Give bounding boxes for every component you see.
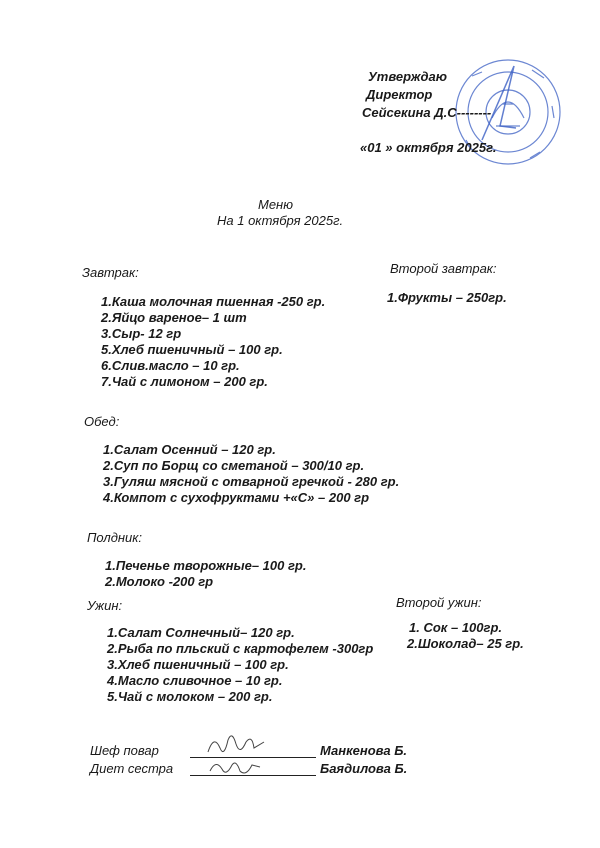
- lunch-heading: Обед:: [84, 413, 119, 430]
- second-breakfast-heading: Второй завтрак:: [390, 260, 497, 277]
- signature-scribble-chef: [204, 730, 274, 760]
- list-item: 7.Чай с лимоном – 200 гр.: [101, 373, 268, 390]
- list-item: 3.Хлеб пшеничный – 100 гр.: [107, 656, 289, 673]
- list-item: 1. Сок – 100гр.: [409, 619, 502, 636]
- signature-name-chef: Манкенова Б.: [320, 742, 407, 759]
- list-item: 2.Яйцо вареное– 1 шт: [101, 309, 247, 326]
- list-item: 2.Суп по Борщ со сметаной – 300/10 гр.: [103, 457, 364, 474]
- list-item: 6.Слив.масло – 10 гр.: [101, 357, 240, 374]
- menu-title: Меню: [258, 196, 293, 213]
- signature-role-nurse: Диет сестра: [90, 760, 173, 777]
- list-item: 4.Масло сливочное – 10 гр.: [107, 672, 282, 689]
- approval-date: «01 » октября 2025г.: [360, 139, 496, 156]
- list-item: 1.Фрукты – 250гр.: [387, 289, 507, 306]
- approval-approve: Утверждаю: [368, 68, 447, 85]
- list-item: 2.Рыба по пльский с картофелем -300гр: [107, 640, 373, 657]
- list-item: 4.Компот с сухофруктами +«С» – 200 гр: [103, 489, 369, 506]
- list-item: 5.Чай с молоком – 200 гр.: [107, 688, 272, 705]
- breakfast-heading: Завтрак:: [82, 264, 139, 281]
- list-item: 1.Печенье творожные– 100 гр.: [105, 557, 306, 574]
- list-item: 3.Сыр- 12 гр: [101, 325, 181, 342]
- menu-date: На 1 октября 2025г.: [217, 212, 343, 229]
- list-item: 2.Молоко -200 гр: [105, 573, 213, 590]
- second-dinner-heading: Второй ужин:: [396, 594, 481, 611]
- list-item: 1.Салат Осенний – 120 гр.: [103, 441, 276, 458]
- signature-role-chef: Шеф повар: [90, 742, 159, 759]
- list-item: 1.Каша молочная пшенная -250 гр.: [101, 293, 325, 310]
- signature-name-nurse: Баядилова Б.: [320, 760, 407, 777]
- list-item: 5.Хлеб пшеничный – 100 гр.: [101, 341, 283, 358]
- list-item: 1.Салат Солнечный– 120 гр.: [107, 624, 295, 641]
- approval-position: Директор: [366, 86, 432, 103]
- dinner-heading: Ужин:: [87, 597, 122, 614]
- list-item: 3.Гуляш мясной с отварной гречкой - 280 …: [103, 473, 399, 490]
- approval-name: Сейсекина Д.С--------: [362, 104, 491, 121]
- list-item: 2.Шоколад– 25 гр.: [407, 635, 524, 652]
- signature-scribble-nurse: [206, 757, 266, 779]
- snack-heading: Полдник:: [87, 529, 142, 546]
